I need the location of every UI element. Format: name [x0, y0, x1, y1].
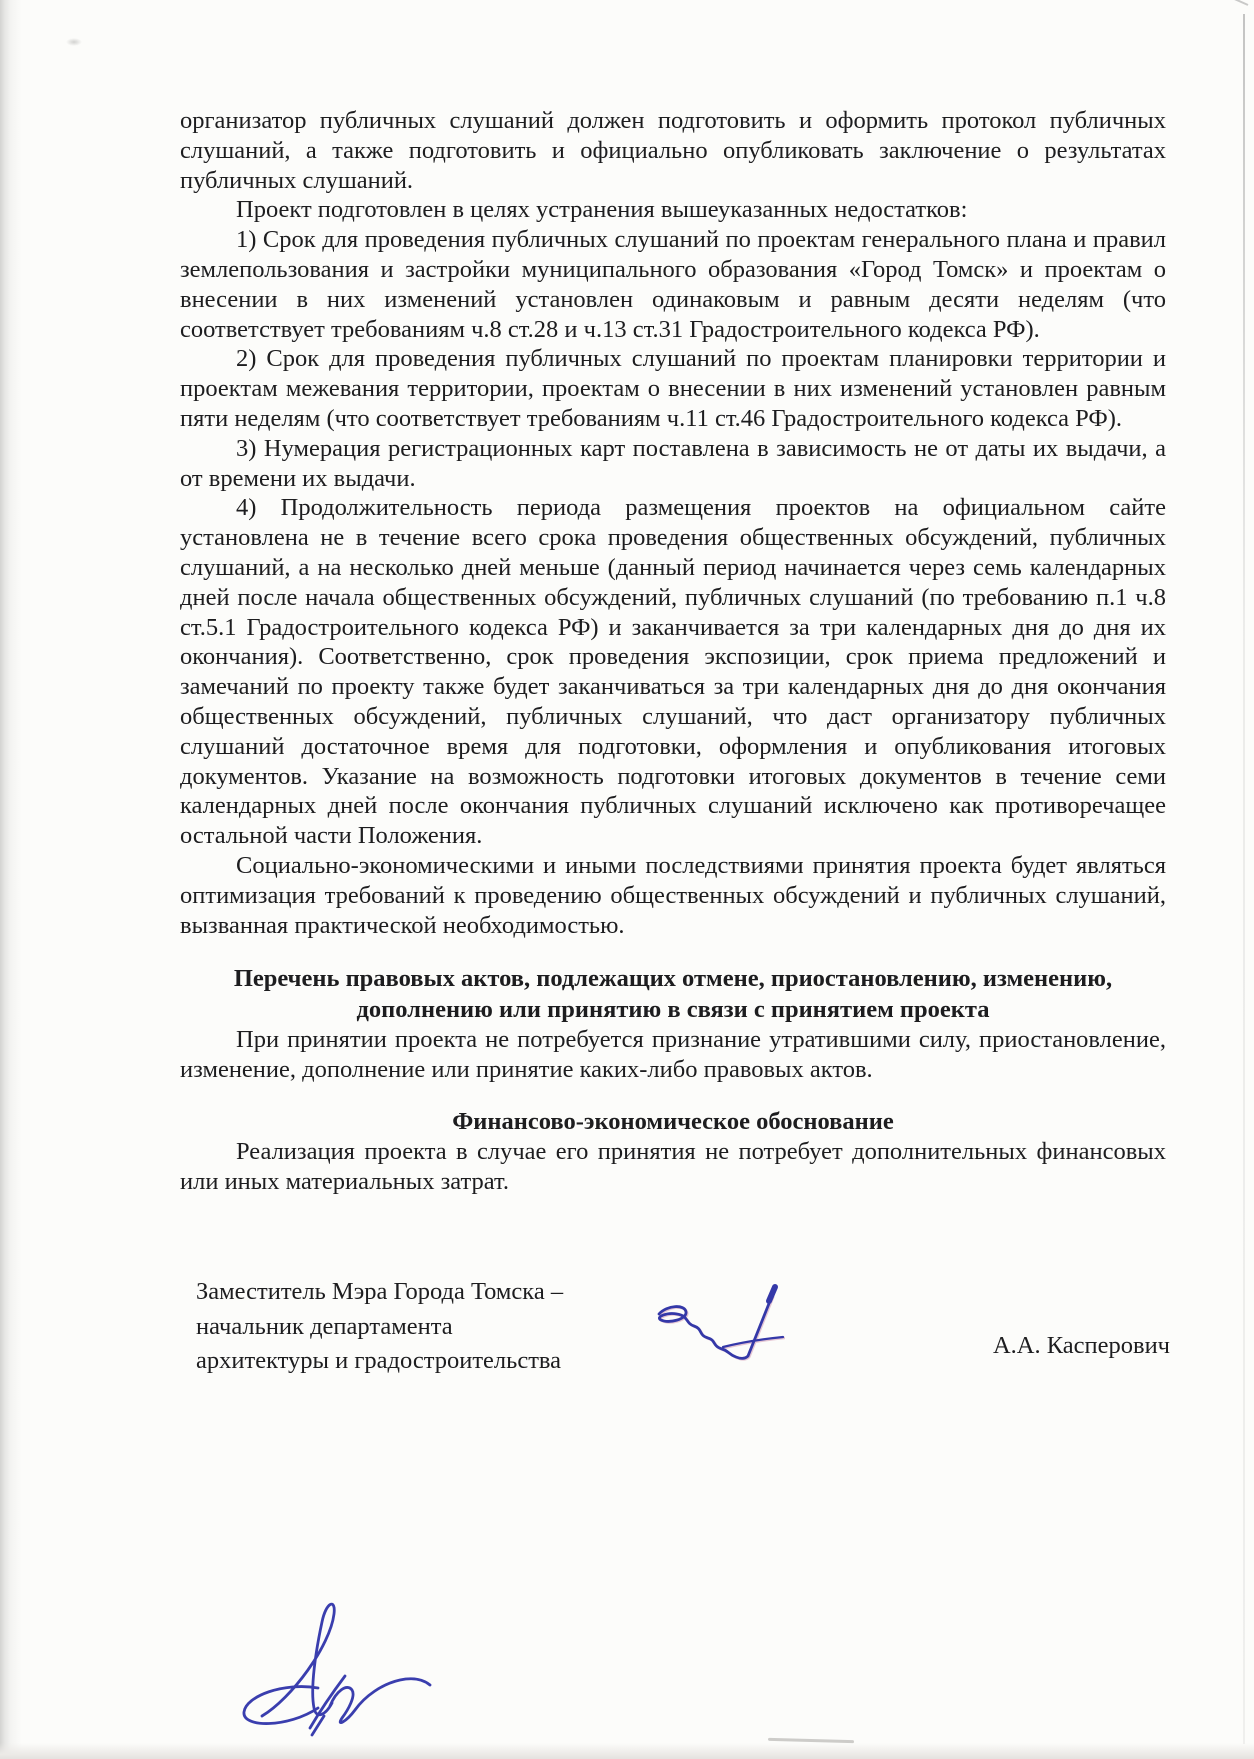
page-edge-right-top: [1229, 0, 1248, 6]
legal-acts-heading-line-2: дополнению или принятию в связи с принят…: [180, 995, 1166, 1026]
signature-block: Заместитель Мэра Города Томска – начальн…: [180, 1275, 1166, 1425]
page-edge-right: [1243, 14, 1245, 1744]
section-heading-legal-acts: Перечень правовых актов, подлежащих отме…: [180, 964, 1166, 1025]
signer-name: А.А. Касперович: [993, 1331, 1170, 1361]
paragraph-item-4: 4) Продолжительность периода размещения …: [180, 493, 1166, 851]
scanned-document-page: { "page": { "colors": { "paper": "#fcfcf…: [0, 0, 1254, 1759]
paragraph-intro: Проект подготовлен в целях устранения вы…: [180, 195, 1166, 225]
signature-image: [625, 1269, 785, 1399]
document-body: организатор публичных слушаний должен по…: [180, 106, 1166, 1425]
paragraph-financial: Реализация проекта в случае его принятия…: [180, 1137, 1166, 1197]
paragraph-item-1: 1) Срок для проведения публичных слушани…: [180, 225, 1166, 344]
legal-acts-heading-line-1: Перечень правовых актов, подлежащих отме…: [180, 964, 1166, 995]
paragraph-item-3: 3) Нумерация регистрационных карт постав…: [180, 434, 1166, 494]
paragraph-legal-acts: При принятии проекта не потребуется приз…: [180, 1025, 1166, 1085]
page-edge-bottom: [0, 1743, 1254, 1759]
page-edge-left: [0, 0, 22, 1759]
paragraph-item-2: 2) Срок для проведения публичных слушани…: [180, 344, 1166, 433]
scan-smudge: [66, 38, 82, 46]
section-heading-financial: Финансово-экономическое обоснование: [180, 1107, 1166, 1138]
paragraph-consequences: Социально-экономическими и иными последс…: [180, 851, 1166, 940]
paragraph-continuation: организатор публичных слушаний должен по…: [180, 106, 1166, 195]
secondary-signature-image: [222, 1588, 462, 1738]
